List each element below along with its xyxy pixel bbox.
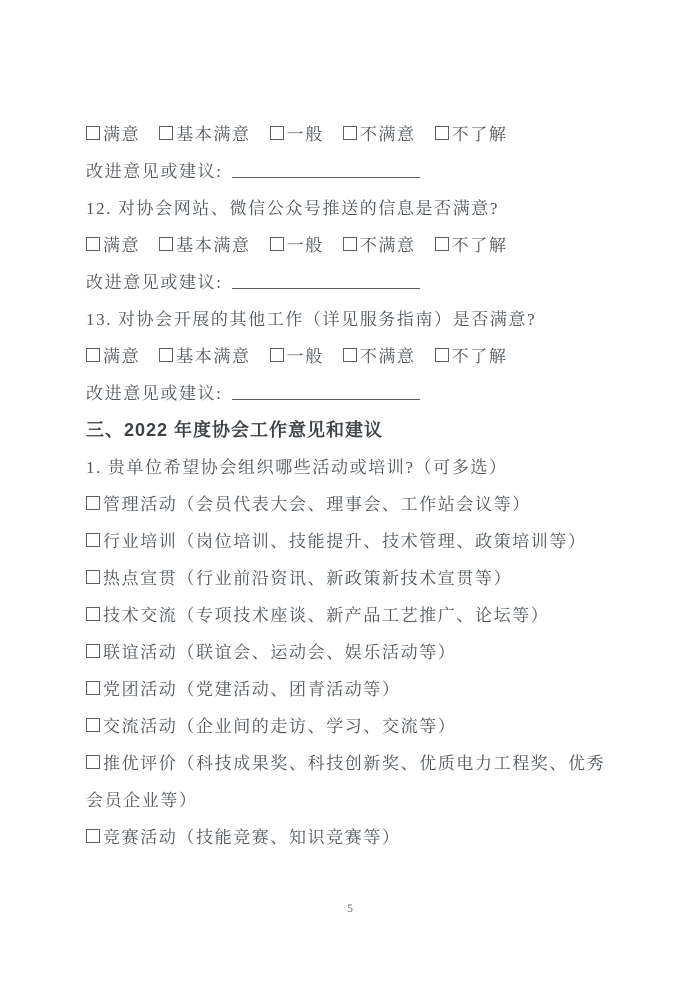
checkbox-icon[interactable] — [86, 829, 100, 843]
checkbox-icon[interactable] — [270, 348, 284, 362]
activity-label: 行业培训（岗位培训、技能提升、技术管理、政策培训等） — [103, 527, 587, 552]
option-satisfied[interactable]: 满意 — [86, 231, 140, 256]
option-label: 基本满意 — [176, 120, 250, 145]
scanned-survey-page: 满意 基本满意 一般 不满意 不了解 改进意见或建议: 12 — [0, 0, 700, 990]
option-basically-satisfied[interactable]: 基本满意 — [159, 231, 250, 256]
option-average[interactable]: 一般 — [270, 120, 324, 145]
checkbox-icon[interactable] — [435, 126, 449, 140]
option-average[interactable]: 一般 — [270, 342, 324, 367]
checkbox-icon[interactable] — [270, 126, 284, 140]
option-average[interactable]: 一般 — [270, 231, 324, 256]
option-label: 基本满意 — [176, 342, 250, 367]
option-unsatisfied[interactable]: 不满意 — [343, 342, 416, 367]
improvement-row-q12: 改进意见或建议: — [86, 262, 638, 299]
improvement-blank-line[interactable] — [232, 399, 420, 400]
checkbox-icon[interactable] — [86, 348, 100, 362]
checkbox-icon[interactable] — [86, 607, 100, 621]
checkbox-icon[interactable] — [86, 718, 100, 732]
option-label: 不满意 — [360, 120, 416, 145]
option-label: 一般 — [287, 342, 324, 367]
option-label: 满意 — [103, 231, 140, 256]
checkbox-icon[interactable] — [86, 126, 100, 140]
activity-label: 热点宣贯（行业前沿资讯、新政策新技术宣贯等） — [103, 564, 512, 589]
checkbox-icon[interactable] — [86, 755, 100, 769]
checkbox-icon[interactable] — [86, 496, 100, 510]
activity-option-exchange-visits[interactable]: 交流活动（企业间的走访、学习、交流等） — [86, 706, 638, 743]
activity-option-friendship[interactable]: 联谊活动（联谊会、运动会、娱乐活动等） — [86, 632, 638, 669]
option-dont-know[interactable]: 不了解 — [435, 231, 508, 256]
activity-option-industry-training[interactable]: 行业培训（岗位培训、技能提升、技术管理、政策培训等） — [86, 521, 638, 558]
checkbox-icon[interactable] — [343, 126, 357, 140]
improvement-label: 改进意见或建议: — [86, 268, 223, 293]
checkbox-icon[interactable] — [435, 237, 449, 251]
checkbox-icon[interactable] — [86, 533, 100, 547]
option-label: 不了解 — [452, 342, 508, 367]
activity-option-awards-continuation: 会员企业等） — [86, 780, 638, 817]
checkbox-icon[interactable] — [86, 570, 100, 584]
question-1-activities: 1. 贵单位希望协会组织哪些活动或培训?（可多选） — [86, 447, 638, 484]
activity-label: 党团活动（党建活动、团青活动等） — [103, 675, 401, 700]
improvement-label: 改进意见或建议: — [86, 379, 223, 404]
checkbox-icon[interactable] — [86, 681, 100, 695]
activity-label: 交流活动（企业间的走访、学习、交流等） — [103, 712, 456, 737]
option-unsatisfied[interactable]: 不满意 — [343, 231, 416, 256]
improvement-blank-line[interactable] — [232, 288, 420, 289]
checkbox-icon[interactable] — [86, 237, 100, 251]
checkbox-icon[interactable] — [343, 237, 357, 251]
option-label: 满意 — [103, 120, 140, 145]
survey-content: 满意 基本满意 一般 不满意 不了解 改进意见或建议: 12 — [86, 114, 638, 854]
option-label: 不满意 — [360, 231, 416, 256]
section-heading: 三、2022 年度协会工作意见和建议 — [86, 410, 638, 447]
activity-option-competitions[interactable]: 竞赛活动（技能竞赛、知识竞赛等） — [86, 817, 638, 854]
option-label: 不满意 — [360, 342, 416, 367]
checkbox-icon[interactable] — [343, 348, 357, 362]
option-label: 满意 — [103, 342, 140, 367]
activity-label: 联谊活动（联谊会、运动会、娱乐活动等） — [103, 638, 456, 663]
activity-label: 推优评价（科技成果奖、科技创新奖、优质电力工程奖、优秀 — [103, 749, 605, 774]
checkbox-icon[interactable] — [159, 237, 173, 251]
option-basically-satisfied[interactable]: 基本满意 — [159, 120, 250, 145]
activity-option-awards[interactable]: 推优评价（科技成果奖、科技创新奖、优质电力工程奖、优秀 — [86, 743, 638, 780]
option-satisfied[interactable]: 满意 — [86, 342, 140, 367]
satisfaction-options-row-q13: 满意 基本满意 一般 不满意 不了解 — [86, 336, 638, 373]
checkbox-icon[interactable] — [86, 644, 100, 658]
question-12: 12. 对协会网站、微信公众号推送的信息是否满意? — [86, 188, 638, 225]
checkbox-icon[interactable] — [270, 237, 284, 251]
activity-option-tech-exchange[interactable]: 技术交流（专项技术座谈、新产品工艺推广、论坛等） — [86, 595, 638, 632]
checkbox-icon[interactable] — [159, 348, 173, 362]
improvement-blank-line[interactable] — [232, 177, 420, 178]
improvement-row-q13: 改进意见或建议: — [86, 373, 638, 410]
checkbox-icon[interactable] — [435, 348, 449, 362]
activity-option-management[interactable]: 管理活动（会员代表大会、理事会、工作站会议等） — [86, 484, 638, 521]
option-unsatisfied[interactable]: 不满意 — [343, 120, 416, 145]
satisfaction-options-row-q11: 满意 基本满意 一般 不满意 不了解 — [86, 114, 638, 151]
option-dont-know[interactable]: 不了解 — [435, 120, 508, 145]
improvement-label: 改进意见或建议: — [86, 157, 223, 182]
checkbox-icon[interactable] — [159, 126, 173, 140]
option-dont-know[interactable]: 不了解 — [435, 342, 508, 367]
page-number: 5 — [0, 901, 700, 916]
improvement-row-q11: 改进意见或建议: — [86, 151, 638, 188]
satisfaction-options-row-q12: 满意 基本满意 一般 不满意 不了解 — [86, 225, 638, 262]
activity-label: 竞赛活动（技能竞赛、知识竞赛等） — [103, 823, 401, 848]
option-label: 一般 — [287, 120, 324, 145]
activity-option-party-league[interactable]: 党团活动（党建活动、团青活动等） — [86, 669, 638, 706]
question-13: 13. 对协会开展的其他工作（详见服务指南）是否满意? — [86, 299, 638, 336]
option-label: 不了解 — [452, 231, 508, 256]
activity-label: 技术交流（专项技术座谈、新产品工艺推广、论坛等） — [103, 601, 549, 626]
option-basically-satisfied[interactable]: 基本满意 — [159, 342, 250, 367]
activity-label: 管理活动（会员代表大会、理事会、工作站会议等） — [103, 490, 531, 515]
option-satisfied[interactable]: 满意 — [86, 120, 140, 145]
option-label: 不了解 — [452, 120, 508, 145]
option-label: 基本满意 — [176, 231, 250, 256]
activity-option-hot-topics[interactable]: 热点宣贯（行业前沿资讯、新政策新技术宣贯等） — [86, 558, 638, 595]
option-label: 一般 — [287, 231, 324, 256]
